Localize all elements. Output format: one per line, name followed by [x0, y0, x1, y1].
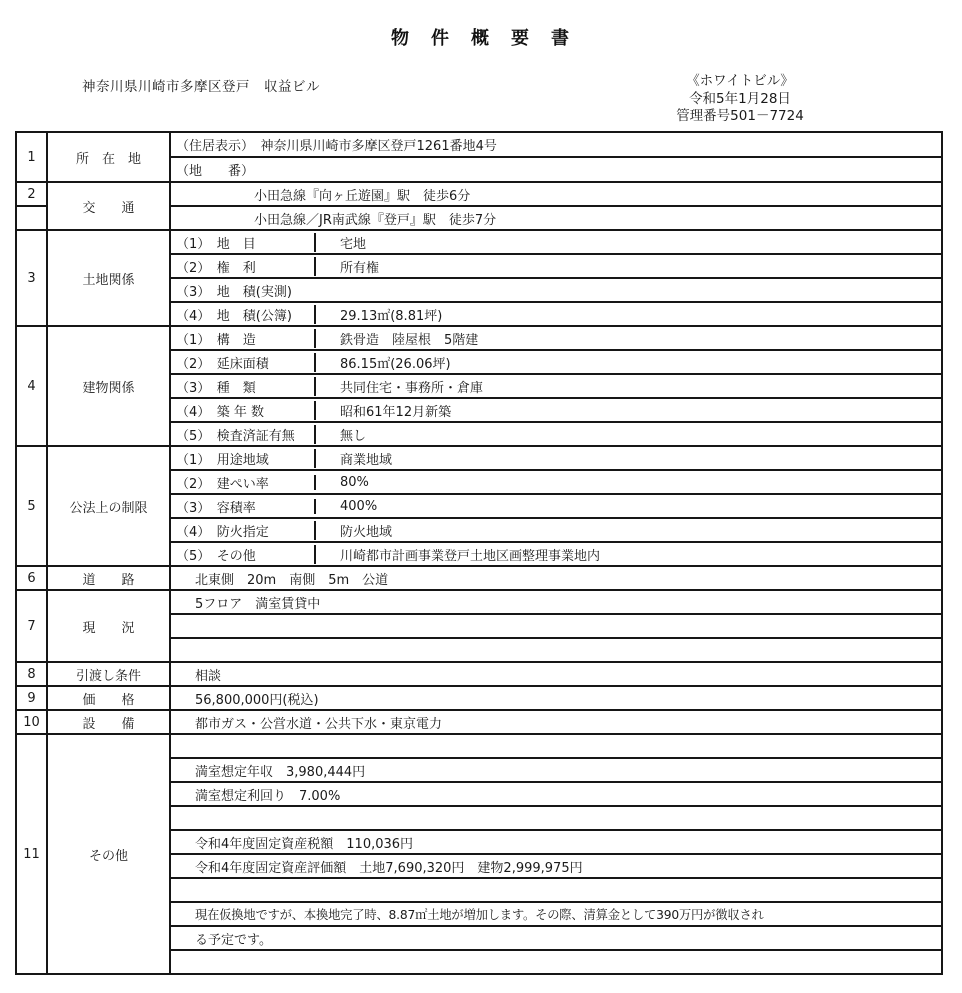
page-title: 物 件 概 要 書: [0, 24, 962, 50]
sub-row: 相談: [171, 663, 941, 685]
sub-row: 56,800,000円(税込): [171, 687, 941, 709]
row-content: 北東側 20m 南側 5m 公道: [169, 567, 941, 589]
property-table: 1 所 在 地 （住居表示） 神奈川県川崎市多摩区登戸1261番地4号 （地 番…: [15, 131, 943, 975]
row-content: （1） 地 目宅地 （2） 権 利所有権 （3） 地 積(実測) （4） 地 積…: [169, 231, 941, 325]
cell-key: （1） 構 造: [171, 329, 314, 348]
row-label: 現 況: [46, 591, 169, 661]
cell-key: （3） 容積率: [171, 497, 314, 516]
row-label: 土地関係: [46, 231, 169, 325]
cell-value: 所有権: [314, 257, 941, 276]
cell-value: 56,800,000円(税込): [171, 689, 319, 708]
cell-key: （4） 防火指定: [171, 521, 314, 540]
cell-value: 宅地: [314, 233, 941, 252]
cell-value: 昭和61年12月新築: [314, 401, 941, 420]
row-content: 相談: [169, 663, 941, 685]
row-label: 建物関係: [46, 327, 169, 445]
sub-row: [171, 637, 941, 661]
sub-row: 都市ガス・公営水道・公共下水・東京電力: [171, 711, 941, 733]
cell-value: 小田急線『向ヶ丘遊園』駅 徒歩6分: [171, 185, 470, 204]
sub-row: （1） 用途地域商業地域: [171, 447, 941, 469]
sub-row: [171, 735, 941, 757]
row-label: その他: [46, 735, 169, 973]
row-number-bottom: [17, 205, 46, 229]
row-label: 道 路: [46, 567, 169, 589]
cell-value: 都市ガス・公営水道・公共下水・東京電力: [171, 713, 442, 732]
cell-value: 無し: [314, 425, 941, 444]
cell-value: 現在仮換地ですが、本換地完了時、8.87㎡土地が増加します。その際、清算金として…: [171, 905, 764, 923]
cell-value: 令和4年度固定資産税額 110,036円: [171, 833, 413, 852]
cell-value: 満室想定利回り 7.00%: [171, 785, 340, 804]
cell-value: 80%: [314, 475, 941, 490]
cell-value: る予定です。: [171, 929, 272, 948]
document-date: 令和5年1月28日: [620, 91, 860, 109]
row-label: 引渡し条件: [46, 663, 169, 685]
sub-row: [171, 805, 941, 829]
cell-key: （2） 延床面積: [171, 353, 314, 372]
table-row-access: 2 交 通 小田急線『向ヶ丘遊園』駅 徒歩6分 小田急線／JR南武線『登戸』駅 …: [17, 181, 941, 229]
cell-key: （1） 地 目: [171, 233, 314, 252]
sub-row: （2） 権 利所有権: [171, 253, 941, 277]
cell-value: 令和4年度固定資産評価額 土地7,690,320円 建物2,999,975円: [171, 857, 583, 876]
cell-key: （3） 地 積(実測): [171, 281, 314, 300]
table-row-current-status: 7 現 況 5フロア 満室賃貸中: [17, 589, 941, 661]
row-label: 公法上の制限: [46, 447, 169, 565]
cell-value: 400%: [314, 499, 941, 514]
cell-value: 商業地域: [314, 449, 941, 468]
cell-value: 鉄骨造 陸屋根 5階建: [314, 329, 941, 348]
table-row-road: 6 道 路 北東側 20m 南側 5m 公道: [17, 565, 941, 589]
table-row-price: 9 価 格 56,800,000円(税込): [17, 685, 941, 709]
row-number: 5: [17, 447, 46, 565]
table-row-legal-restrictions: 5 公法上の制限 （1） 用途地域商業地域 （2） 建ぺい率80% （3） 容積…: [17, 445, 941, 565]
sub-row: （1） 構 造鉄骨造 陸屋根 5階建: [171, 327, 941, 349]
sub-row: 満室想定利回り 7.00%: [171, 781, 941, 805]
row-number: 11: [17, 735, 46, 973]
sub-row: （住居表示） 神奈川県川崎市多摩区登戸1261番地4号: [171, 133, 941, 156]
sub-row: 小田急線『向ヶ丘遊園』駅 徒歩6分: [171, 183, 941, 205]
row-content: （1） 構 造鉄骨造 陸屋根 5階建 （2） 延床面積86.15㎡(26.06坪…: [169, 327, 941, 445]
table-row-location: 1 所 在 地 （住居表示） 神奈川県川崎市多摩区登戸1261番地4号 （地 番…: [17, 133, 941, 181]
row-number: 10: [17, 711, 46, 733]
sub-row: （3） 種 類共同住宅・事務所・倉庫: [171, 373, 941, 397]
row-number: 6: [17, 567, 46, 589]
cell-key: （3） 種 類: [171, 377, 314, 396]
sub-row: （4） 地 積(公簿)29.13㎡(8.81坪): [171, 301, 941, 325]
sub-row: 小田急線／JR南武線『登戸』駅 徒歩7分: [171, 205, 941, 229]
row-number-top: 2: [17, 183, 46, 205]
cell-value: 北東側 20m 南側 5m 公道: [171, 569, 388, 588]
sub-row: （5） その他川崎都市計画事業登戸土地区画整理事業地内: [171, 541, 941, 565]
cell-value: （地 番）: [171, 160, 254, 179]
table-row-handover-terms: 8 引渡し条件 相談: [17, 661, 941, 685]
cell-value: 相談: [171, 665, 221, 684]
sub-row: （地 番）: [171, 156, 941, 181]
row-content: 小田急線『向ヶ丘遊園』駅 徒歩6分 小田急線／JR南武線『登戸』駅 徒歩7分: [169, 183, 941, 229]
sub-row: （4） 築 年 数昭和61年12月新築: [171, 397, 941, 421]
cell-key: （1） 用途地域: [171, 449, 314, 468]
control-number: 管理番号501－7724: [620, 108, 860, 126]
cell-value: 川崎都市計画事業登戸土地区画整理事業地内: [314, 545, 941, 564]
cell-value: 小田急線／JR南武線『登戸』駅 徒歩7分: [171, 209, 496, 228]
row-content: （1） 用途地域商業地域 （2） 建ぺい率80% （3） 容積率400% （4）…: [169, 447, 941, 565]
cell-key: （5） その他: [171, 545, 314, 564]
row-label: 設 備: [46, 711, 169, 733]
document-meta: 《ホワイトビル》 令和5年1月28日 管理番号501－7724: [620, 73, 860, 126]
sub-row: （2） 延床面積86.15㎡(26.06坪): [171, 349, 941, 373]
cell-key: （4） 築 年 数: [171, 401, 314, 420]
row-label: 所 在 地: [46, 133, 169, 181]
sub-row: （1） 地 目宅地: [171, 231, 941, 253]
sub-row: 令和4年度固定資産税額 110,036円: [171, 829, 941, 853]
sub-row: 5フロア 満室賃貸中: [171, 591, 941, 613]
cell-value: 共同住宅・事務所・倉庫: [314, 377, 941, 396]
cell-value: 5フロア 満室賃貸中: [171, 593, 320, 612]
row-number: 9: [17, 687, 46, 709]
cell-value: 満室想定年収 3,980,444円: [171, 761, 365, 780]
row-number: 1: [17, 133, 46, 181]
cell-key: （2） 建ぺい率: [171, 473, 314, 492]
sub-row: [171, 613, 941, 637]
row-number: 8: [17, 663, 46, 685]
cell-value: 防火地域: [314, 521, 941, 540]
cell-key: （4） 地 積(公簿): [171, 305, 314, 324]
sub-row: 北東側 20m 南側 5m 公道: [171, 567, 941, 589]
cell-key: （2） 権 利: [171, 257, 314, 276]
cell-value: 29.13㎡(8.81坪): [314, 305, 941, 324]
row-label: 交 通: [46, 183, 169, 229]
table-row-land: 3 土地関係 （1） 地 目宅地 （2） 権 利所有権 （3） 地 積(実測) …: [17, 229, 941, 325]
cell-key: （5） 検査済証有無: [171, 425, 314, 444]
sub-row: （2） 建ぺい率80%: [171, 469, 941, 493]
row-number: 2: [17, 183, 46, 229]
row-content: 満室想定年収 3,980,444円 満室想定利回り 7.00% 令和4年度固定資…: [169, 735, 941, 973]
row-content: 5フロア 満室賃貸中: [169, 591, 941, 661]
property-name: 神奈川県川崎市多摩区登戸 収益ビル: [82, 75, 320, 95]
table-row-building: 4 建物関係 （1） 構 造鉄骨造 陸屋根 5階建 （2） 延床面積86.15㎡…: [17, 325, 941, 445]
table-row-utilities: 10 設 備 都市ガス・公営水道・公共下水・東京電力: [17, 709, 941, 733]
sub-row: （3） 地 積(実測): [171, 277, 941, 301]
row-content: 都市ガス・公営水道・公共下水・東京電力: [169, 711, 941, 733]
row-number: 7: [17, 591, 46, 661]
sub-row: [171, 877, 941, 901]
sub-row: [171, 949, 941, 973]
table-row-other: 11 その他 満室想定年収 3,980,444円 満室想定利回り 7.00% 令…: [17, 733, 941, 973]
building-name: 《ホワイトビル》: [620, 73, 860, 91]
row-label: 価 格: [46, 687, 169, 709]
sub-row: （3） 容積率400%: [171, 493, 941, 517]
row-number: 3: [17, 231, 46, 325]
row-content: （住居表示） 神奈川県川崎市多摩区登戸1261番地4号 （地 番）: [169, 133, 941, 181]
cell-value: （住居表示） 神奈川県川崎市多摩区登戸1261番地4号: [171, 135, 497, 154]
property-summary-document: 物 件 概 要 書 神奈川県川崎市多摩区登戸 収益ビル 《ホワイトビル》 令和5…: [0, 0, 962, 993]
sub-row: 満室想定年収 3,980,444円: [171, 757, 941, 781]
sub-row: （5） 検査済証有無無し: [171, 421, 941, 445]
sub-row: 現在仮換地ですが、本換地完了時、8.87㎡土地が増加します。その際、清算金として…: [171, 901, 941, 925]
sub-row: （4） 防火指定防火地域: [171, 517, 941, 541]
cell-value: 86.15㎡(26.06坪): [314, 353, 941, 372]
row-number: 4: [17, 327, 46, 445]
sub-row: 令和4年度固定資産評価額 土地7,690,320円 建物2,999,975円: [171, 853, 941, 877]
sub-row: る予定です。: [171, 925, 941, 949]
row-content: 56,800,000円(税込): [169, 687, 941, 709]
